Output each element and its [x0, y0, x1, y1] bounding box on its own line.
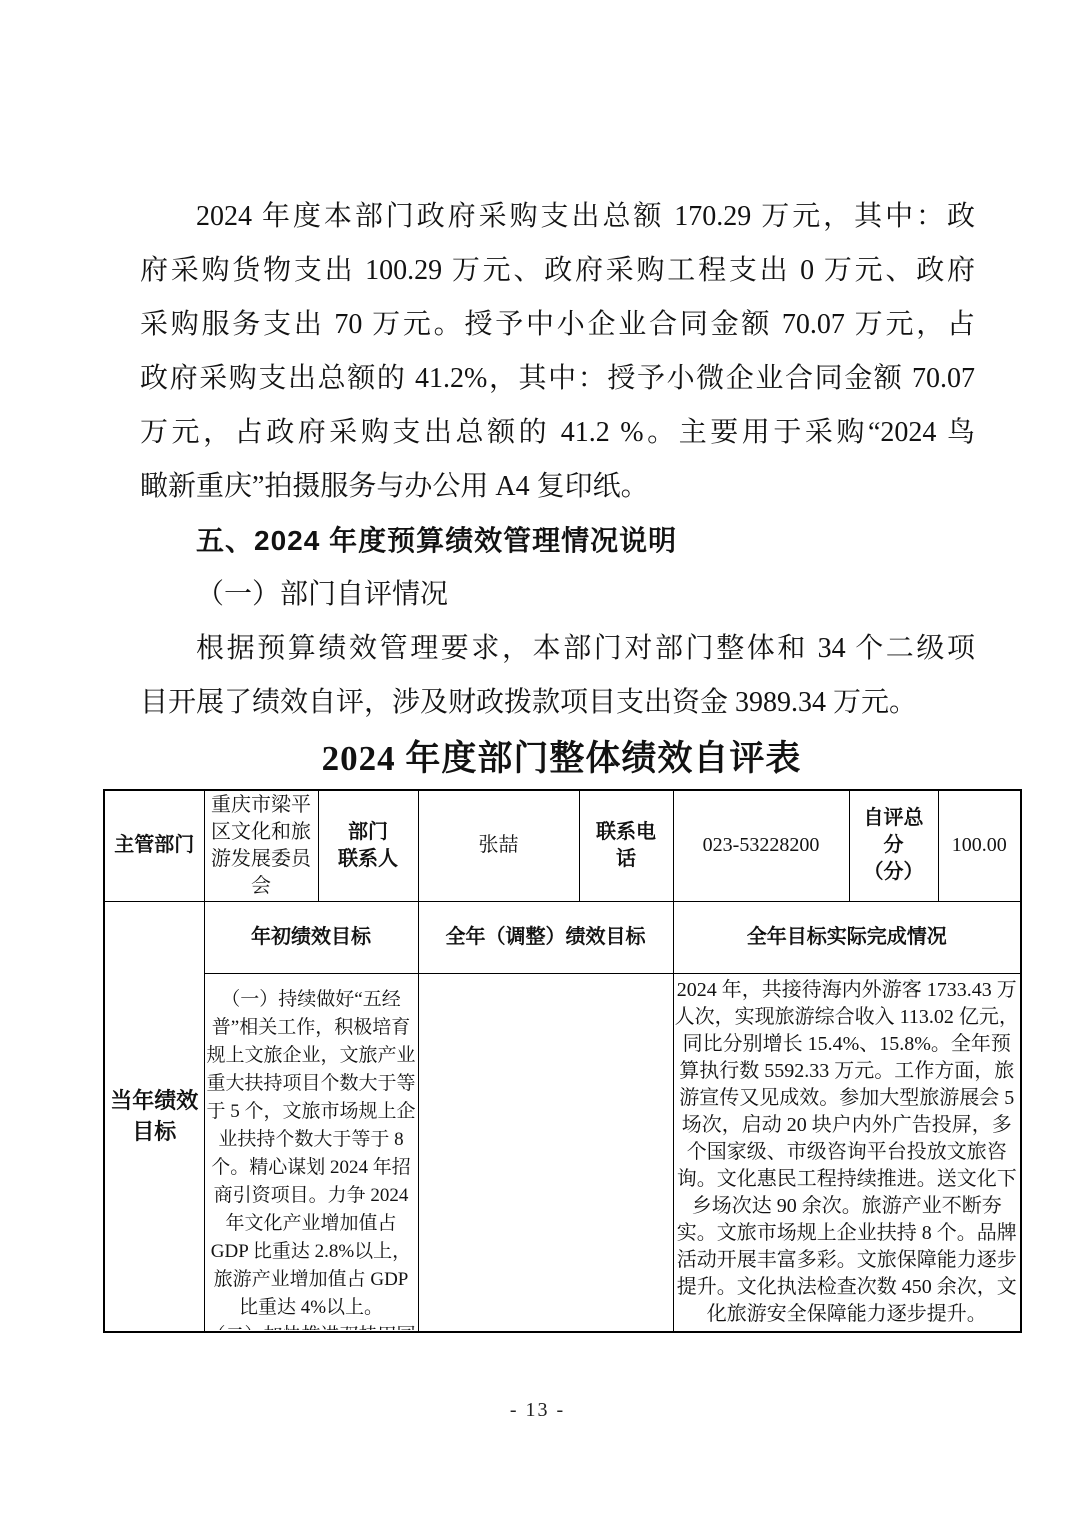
table-title: 2024 年度部门整体绩效自评表 [103, 736, 1020, 782]
adjusted-goal-cell [418, 973, 673, 1332]
self-eval-table: 主管部门 重庆市梁平区文化和旅游发展委员会 部门 联系人 张喆 联系电 话 02… [103, 789, 1022, 1333]
initial-goal-item-2: （二）加快推进双桂田园景 [205, 1322, 418, 1330]
section-heading: 五、2024 年度预算绩效管理情况说明 [140, 514, 975, 568]
initial-goal-cell: （一）持续做好“五经普”相关工作，积极培育规上文旅企业，文旅产业重大扶持项目个数… [204, 973, 418, 1332]
self-eval-paragraph: 根据预算绩效管理要求，本部门对部门整体和 34 个二级项 目开展了绩效自评，涉及… [140, 622, 975, 730]
paragraph-line: 府采购货物支出 100.29 万元、政府采购工程支出 0 万元、政府 [140, 244, 975, 298]
paragraph-line: 瞰新重庆”拍摄服务与办公用 A4 复印纸。 [140, 460, 975, 514]
col-actual-header: 全年目标实际完成情况 [673, 901, 1021, 973]
supervisor-value-cell: 重庆市梁平区文化和旅游发展委员会 [204, 790, 318, 901]
supervisor-label-cell: 主管部门 [104, 790, 204, 901]
paragraph-line: 目开展了绩效自评，涉及财政拨款项目支出资金 3989.34 万元。 [140, 676, 975, 730]
subsection-heading: （一）部门自评情况 [140, 568, 975, 622]
phone-label-cell: 联系电 话 [579, 790, 673, 901]
body-text: 2024 年度本部门政府采购支出总额 170.29 万元，其中：政 府采购货物支… [140, 190, 975, 730]
page-content: 2024 年度本部门政府采购支出总额 170.29 万元，其中：政 府采购货物支… [103, 190, 1020, 1333]
initial-goal-text: （一）持续做好“五经普”相关工作，积极培育规上文旅企业，文旅产业重大扶持项目个数… [205, 986, 418, 1330]
table-row-goal-content: （一）持续做好“五经普”相关工作，积极培育规上文旅企业，文旅产业重大扶持项目个数… [104, 973, 1021, 1332]
paragraph-line: 政府采购支出总额的 41.2%，其中：授予小微企业合同金额 70.07 [140, 352, 975, 406]
col-initial-goal-header: 年初绩效目标 [204, 901, 418, 973]
paragraph-line: 2024 年度本部门政府采购支出总额 170.29 万元，其中：政 [140, 190, 975, 244]
contact-label-cell: 部门 联系人 [318, 790, 418, 901]
paragraph-line: 采购服务支出 70 万元。授予中小企业合同金额 70.07 万元，占 [140, 298, 975, 352]
initial-goal-item-1: （一）持续做好“五经普”相关工作，积极培育规上文旅企业，文旅产业重大扶持项目个数… [205, 986, 418, 1322]
goal-row-label-cell: 当年绩效目标 [104, 901, 204, 1332]
document-page: 2024 年度本部门政府采购支出总额 170.29 万元，其中：政 府采购货物支… [0, 0, 1075, 1520]
page-number: - 13 - [0, 1399, 1075, 1422]
contact-value-cell: 张喆 [418, 790, 579, 901]
table-row-goal-columns: 当年绩效目标 年初绩效目标 全年（调整）绩效目标 全年目标实际完成情况 [104, 901, 1021, 973]
table-row-header-info: 主管部门 重庆市梁平区文化和旅游发展委员会 部门 联系人 张喆 联系电 话 02… [104, 790, 1021, 901]
actual-completion-cell: 2024 年，共接待海内外游客 1733.43 万人次，实现旅游综合收入 113… [673, 973, 1021, 1332]
paragraph-line: 根据预算绩效管理要求，本部门对部门整体和 34 个二级项 [140, 622, 975, 676]
goal-row-label: 当年绩效目标 [105, 1085, 204, 1147]
procurement-paragraph: 2024 年度本部门政府采购支出总额 170.29 万元，其中：政 府采购货物支… [140, 190, 975, 514]
score-label-cell: 自评总 分 （分） [849, 790, 938, 901]
col-adjusted-goal-header: 全年（调整）绩效目标 [418, 901, 673, 973]
phone-value-cell: 023-53228200 [673, 790, 849, 901]
score-value-cell: 100.00 [938, 790, 1021, 901]
paragraph-line: 万元，占政府采购支出总额的 41.2 %。主要用于采购“2024 鸟 [140, 406, 975, 460]
